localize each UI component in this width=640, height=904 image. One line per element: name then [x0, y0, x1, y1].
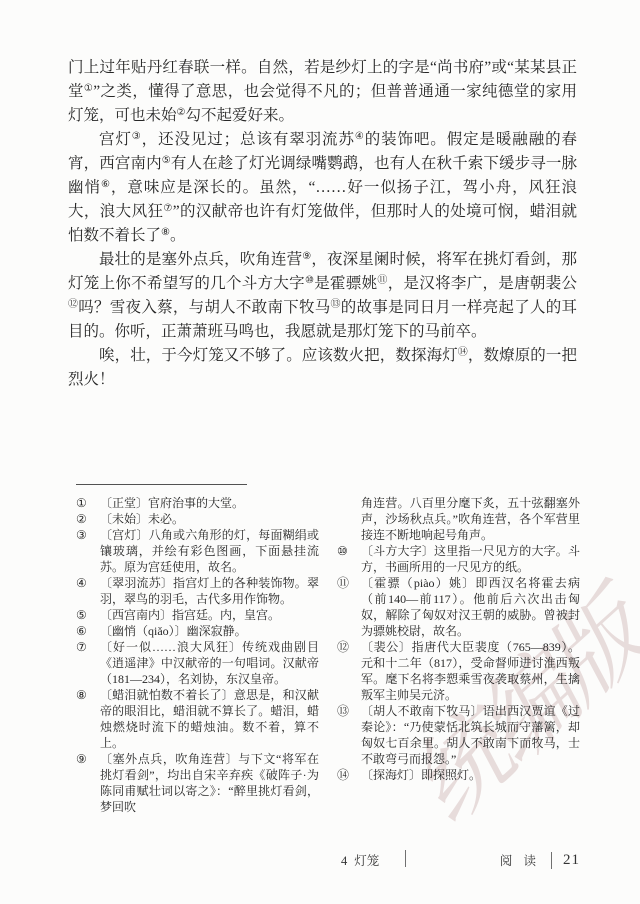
- footnote-item: ⑧〔蜡泪就怕数不着长了〕意思是，和汉献帝的眼泪比，蜡泪就不算长了。蜡泪，蜡烛燃烧…: [76, 687, 319, 751]
- footnote-ref: ①: [84, 83, 93, 94]
- footnote-text: 〔斗方大字〕这里指一尺见方的大字。斗方，书画所用的一尺见方的纸。: [361, 543, 580, 575]
- footnote-number: ④: [76, 575, 100, 607]
- footer-right: 阅 读 21: [500, 851, 580, 869]
- footnote-item: ①〔正堂〕官府治事的大堂。: [76, 495, 319, 511]
- footnote-number: ②: [76, 511, 100, 527]
- footnote-number: ⑦: [76, 639, 100, 687]
- footer-lesson: 4灯笼: [341, 851, 379, 869]
- footnote-number: ⑩: [337, 543, 361, 575]
- footnote-item: ⑥〔幽悄（qiǎo）〕幽深寂静。: [76, 623, 319, 639]
- lesson-title: 灯笼: [354, 854, 379, 868]
- footnote-number: ⑥: [76, 623, 100, 639]
- footnote-ref: ③: [132, 131, 142, 142]
- footnote-ref: ⑬: [331, 299, 341, 310]
- footnote-number: ⑨: [76, 751, 100, 815]
- footnote-number: ⑪: [337, 575, 361, 639]
- paragraph: 宫灯③，还没见过；总该有翠羽流苏④的装饰吧。假定是暖融融的春宵，西宫南内⑤有人在…: [68, 128, 577, 248]
- footnote-item: ⑦〔好一似……浪大风狂〕传统戏曲剧目《逍遥津》中汉献帝的一句唱词。汉献帝（181…: [76, 639, 319, 687]
- footnote-number: ③: [76, 527, 100, 575]
- footnote-text: 〔好一似……浪大风狂〕传统戏曲剧目《逍遥津》中汉献帝的一句唱词。汉献帝（181—…: [100, 639, 319, 687]
- footnote-ref: ⑦: [163, 203, 172, 214]
- footnote-item: 角连营。八百里分麾下炙，五十弦翻塞外声，沙场秋点兵。”吹角连营，各个军营里接连不…: [337, 495, 580, 543]
- footnote-text: 〔霍骠（piào）姚〕即西汉名将霍去病（前140—前117）。他前后六次出击匈奴…: [361, 575, 580, 639]
- page-number: 21: [563, 852, 580, 869]
- footer-divider-bar: [551, 852, 552, 869]
- footnote-ref: ⑭: [458, 347, 468, 358]
- paragraph: 最壮的是塞外点兵，吹角连营⑨，夜深星阑时候，将军在挑灯看剑，那灯笼上你不希望写的…: [68, 248, 577, 344]
- section-label: 阅 读: [500, 851, 540, 869]
- footnote-number: ①: [76, 495, 100, 511]
- footnote-item: ④〔翠羽流苏〕指宫灯上的各种装饰物。翠羽，翠鸟的羽毛，古代多用作饰物。: [76, 575, 319, 607]
- footnote-text: 〔蜡泪就怕数不着长了〕意思是，和汉献帝的眼泪比，蜡泪就不算长了。蜡泪，蜡烛燃烧时…: [100, 687, 319, 751]
- footnote-text: 〔探海灯〕即探照灯。: [361, 767, 580, 783]
- footnote-text: 〔正堂〕官府治事的大堂。: [100, 495, 319, 511]
- footnote-column-right: 角连营。八百里分麾下炙，五十弦翻塞外声，沙场秋点兵。”吹角连营，各个军营里接连不…: [337, 495, 580, 815]
- footnote-item: ③〔宫灯〕八角或六角形的灯，每面糊绢或镶玻璃，并绘有彩色图画，下面悬挂流苏。原为…: [76, 527, 319, 575]
- lesson-number: 4: [341, 854, 347, 868]
- footnote-number: ⑬: [337, 703, 361, 767]
- footnote-text: 〔裴公〕指唐代大臣裴度（765—839）。元和十二年（817），受命督师进讨淮西…: [361, 639, 580, 703]
- footnote-section: ①〔正堂〕官府治事的大堂。②〔未始〕未必。③〔宫灯〕八角或六角形的灯，每面糊绢或…: [76, 484, 580, 815]
- footnote-columns: ①〔正堂〕官府治事的大堂。②〔未始〕未必。③〔宫灯〕八角或六角形的灯，每面糊绢或…: [76, 495, 580, 815]
- footnote-text: 〔胡人不敢南下牧马〕语出西汉贾谊《过秦论》：“乃使蒙恬北筑长城而守藩篱，却匈奴七…: [361, 703, 580, 767]
- page-footer: 4灯笼 阅 读 21: [0, 848, 640, 872]
- footnote-item: ②〔未始〕未必。: [76, 511, 319, 527]
- paragraph: 门上过年贴丹红春联一样。自然，若是纱灯上的字是“尚书府”或“某某县正堂①”之类，…: [68, 56, 577, 128]
- footnote-number: [337, 495, 361, 543]
- footnote-text: 〔幽悄（qiǎo）〕幽深寂静。: [100, 623, 319, 639]
- footnote-text: 〔未始〕未必。: [100, 511, 319, 527]
- footnote-number: ⑤: [76, 607, 100, 623]
- footnote-item: ⑭〔探海灯〕即探照灯。: [337, 767, 580, 783]
- footnote-number: ⑧: [76, 687, 100, 751]
- footnote-item: ⑫〔裴公〕指唐代大臣裴度（765—839）。元和十二年（817），受命督师进讨淮…: [337, 639, 580, 703]
- footnote-ref: ⑫: [68, 299, 78, 310]
- footnote-ref: ⑪: [377, 275, 387, 286]
- footnote-divider: [76, 484, 247, 485]
- footnote-ref: ②: [177, 107, 186, 118]
- footnote-item: ⑤〔西宫南内〕指宫廷。内，皇宫。: [76, 607, 319, 623]
- footnote-text: 〔塞外点兵，吹角连营〕与下文“将军在挑灯看剑”，均出自宋辛弃疾《破阵子·为陈同甫…: [100, 751, 319, 815]
- footnote-ref: ⑧: [161, 227, 170, 238]
- footnote-column-left: ①〔正堂〕官府治事的大堂。②〔未始〕未必。③〔宫灯〕八角或六角形的灯，每面糊绢或…: [76, 495, 319, 815]
- footnote-ref: ⑤: [162, 155, 171, 166]
- footnote-number: ⑫: [337, 639, 361, 703]
- footnote-item: ⑬〔胡人不敢南下牧马〕语出西汉贾谊《过秦论》：“乃使蒙恬北筑长城而守藩篱，却匈奴…: [337, 703, 580, 767]
- footnote-ref: ⑨: [302, 251, 311, 262]
- footnote-number: ⑭: [337, 767, 361, 783]
- footnote-text: 〔西宫南内〕指宫廷。内，皇宫。: [100, 607, 319, 623]
- main-text: 门上过年贴丹红春联一样。自然，若是纱灯上的字是“尚书府”或“某某县正堂①”之类，…: [68, 56, 577, 392]
- footnote-ref: ④: [355, 131, 365, 142]
- footnote-item: ⑨〔塞外点兵，吹角连营〕与下文“将军在挑灯看剑”，均出自宋辛弃疾《破阵子·为陈同…: [76, 751, 319, 815]
- footnote-item: ⑪〔霍骠（piào）姚〕即西汉名将霍去病（前140—前117）。他前后六次出击匈…: [337, 575, 580, 639]
- footnote-item: ⑩〔斗方大字〕这里指一尺见方的大字。斗方，书画所用的一尺见方的纸。: [337, 543, 580, 575]
- footer-divider-bar: [405, 850, 406, 867]
- footnote-ref: ⑩: [305, 275, 314, 286]
- footnote-text: 角连营。八百里分麾下炙，五十弦翻塞外声，沙场秋点兵。”吹角连营，各个军营里接连不…: [361, 495, 580, 543]
- footnote-text: 〔翠羽流苏〕指宫灯上的各种装饰物。翠羽，翠鸟的羽毛，古代多用作饰物。: [100, 575, 319, 607]
- footnote-ref: ⑥: [101, 179, 111, 190]
- footnote-text: 〔宫灯〕八角或六角形的灯，每面糊绢或镶玻璃，并绘有彩色图画，下面悬挂流苏。原为宫…: [100, 527, 319, 575]
- paragraph: 唉，壮，于今灯笼又不够了。应该数火把，数探海灯⑭，数燎原的一把烈火！: [68, 344, 577, 392]
